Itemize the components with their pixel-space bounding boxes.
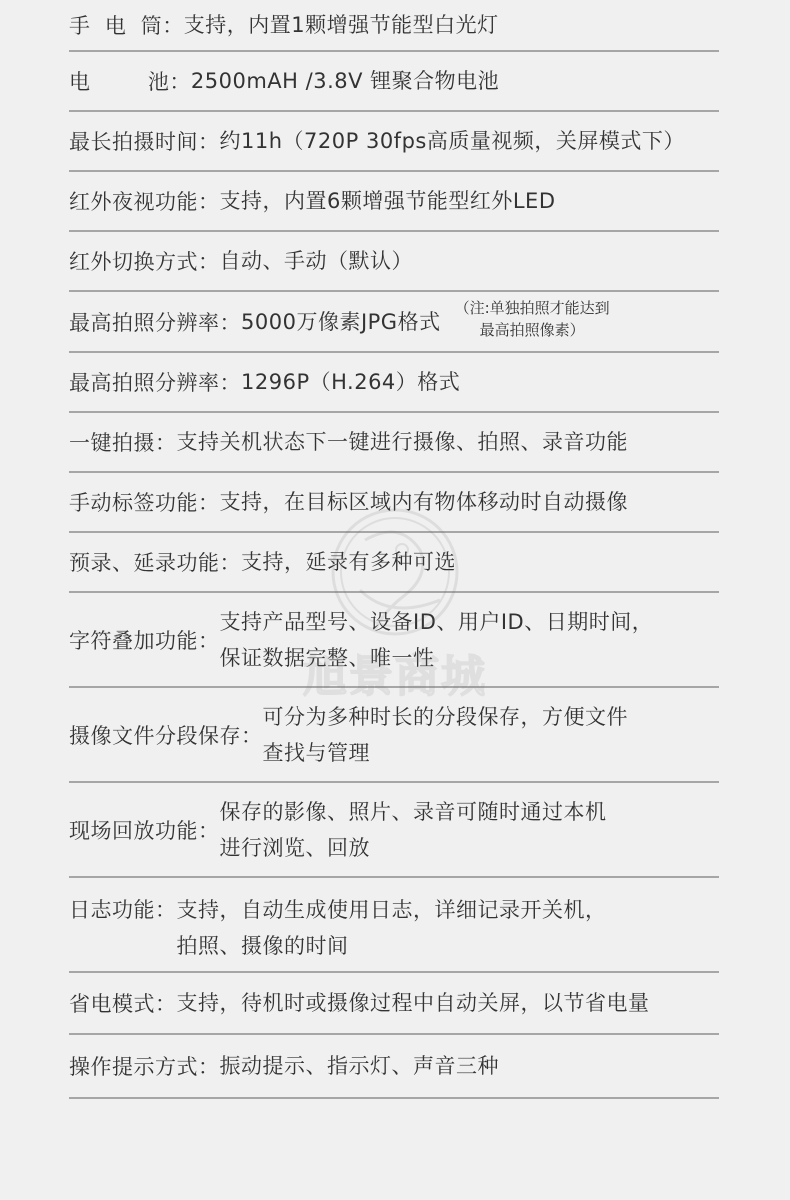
spec-row-manual-tag: 手动标签功能： 支持，在目标区域内有物体移动时自动摄像 <box>69 473 719 533</box>
spec-value: 支持关机状态下一键进行摄像、拍照、录音功能 <box>177 424 629 460</box>
spec-label: 现场回放功能： <box>69 815 220 845</box>
spec-value: 5000万像素JPG格式 <box>241 304 441 340</box>
spec-row-one-key-capture: 一键拍摄： 支持关机状态下一键进行摄像、拍照、录音功能 <box>69 413 719 473</box>
spec-value: 支持产品型号、设备ID、用户ID、日期时间， 保证数据完整、唯一性 <box>220 604 654 676</box>
spec-label: 红外切换方式： <box>69 246 220 276</box>
spec-value: 支持，内置1颗增强节能型白光灯 <box>184 7 499 43</box>
spec-label: 最高拍照分辨率： <box>69 367 241 397</box>
spec-label: 摄像文件分段保存： <box>69 720 263 750</box>
spec-value: 支持，自动生成使用日志，详细记录开关机， 拍照、摄像的时间 <box>177 892 607 964</box>
spec-label: 手动标签功能： <box>69 487 220 517</box>
spec-row-pre-post-record: 预录、延录功能： 支持，延录有多种可选 <box>69 533 719 593</box>
spec-row-power-saving: 省电模式： 支持，待机时或摄像过程中自动关屏，以节省电量 <box>69 973 719 1035</box>
spec-label: 日志功能： <box>69 892 177 928</box>
spec-label: 预录、延录功能： <box>69 547 241 577</box>
spec-label: 操作提示方式： <box>69 1051 220 1081</box>
spec-row-flashlight: 手 电 筒： 支持，内置1颗增强节能型白光灯 <box>69 0 719 52</box>
spec-value: 支持，待机时或摄像过程中自动关屏，以节省电量 <box>177 985 650 1021</box>
spec-value: 支持，延录有多种可选 <box>241 544 456 580</box>
spec-value: 支持，内置6颗增强节能型红外LED <box>220 183 556 219</box>
spec-row-ir-night-vision: 红外夜视功能： 支持，内置6颗增强节能型红外LED <box>69 172 719 232</box>
spec-row-onsite-playback: 现场回放功能： 保存的影像、照片、录音可随时通过本机 进行浏览、回放 <box>69 783 719 878</box>
spec-label: 一键拍摄： <box>69 427 177 457</box>
spec-label: 手 电 筒： <box>69 10 184 40</box>
spec-value: 支持，在目标区域内有物体移动时自动摄像 <box>220 484 629 520</box>
spec-value: 保存的影像、照片、录音可随时通过本机 进行浏览、回放 <box>220 794 607 866</box>
spec-value: 1296P（H.264）格式 <box>241 364 460 400</box>
spec-value: 约11h（720P 30fps高质量视频，关屏模式下） <box>220 123 685 159</box>
spec-label: 字符叠加功能： <box>69 625 220 655</box>
spec-value: 自动、手动（默认） <box>220 243 414 279</box>
spec-label: 红外夜视功能： <box>69 186 220 216</box>
spec-label: 电 池： <box>69 66 191 96</box>
spec-row-photo-resolution: 最高拍照分辨率： 5000万像素JPG格式 （注:单独拍照才能达到 最高拍照像素… <box>69 292 719 353</box>
spec-value: 可分为多种时长的分段保存，方便文件 查找与管理 <box>263 699 629 771</box>
spec-label: 省电模式： <box>69 988 177 1018</box>
spec-label: 最长拍摄时间： <box>69 126 220 156</box>
spec-note: （注:单独拍照才能达到 最高拍照像素） <box>455 297 610 341</box>
spec-row-video-resolution: 最高拍照分辨率： 1296P（H.264）格式 <box>69 353 719 413</box>
spec-row-battery: 电 池： 2500mAH /3.8V 锂聚合物电池 <box>69 52 719 112</box>
spec-row-operation-prompt: 操作提示方式： 振动提示、指示灯、声音三种 <box>69 1035 719 1099</box>
spec-value: 2500mAH /3.8V 锂聚合物电池 <box>191 63 499 99</box>
spec-row-log-function: 日志功能： 支持，自动生成使用日志，详细记录开关机， 拍照、摄像的时间 <box>69 878 719 973</box>
spec-row-text-overlay: 字符叠加功能： 支持产品型号、设备ID、用户ID、日期时间， 保证数据完整、唯一… <box>69 593 719 688</box>
spec-row-max-record-time: 最长拍摄时间： 约11h（720P 30fps高质量视频，关屏模式下） <box>69 112 719 172</box>
spec-value: 振动提示、指示灯、声音三种 <box>220 1048 500 1084</box>
spec-label: 最高拍照分辨率： <box>69 307 241 337</box>
spec-row-segmented-save: 摄像文件分段保存： 可分为多种时长的分段保存，方便文件 查找与管理 <box>69 688 719 783</box>
spec-row-ir-switch-mode: 红外切换方式： 自动、手动（默认） <box>69 232 719 292</box>
